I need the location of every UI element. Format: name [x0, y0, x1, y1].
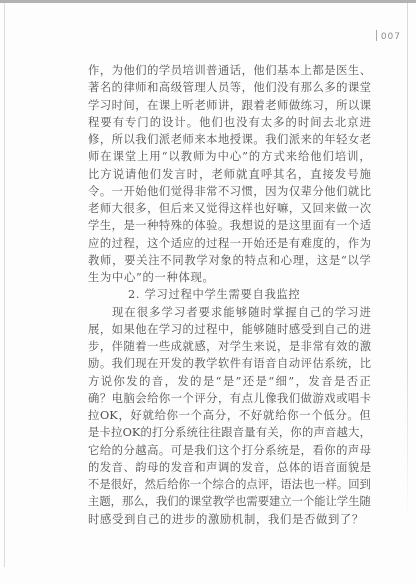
- text-line: 程要有专门的设计。他们也没有太多的时间去北京进: [88, 114, 371, 131]
- text-line: 令。一开始他们觉得非常不习惯，因为仅辈分他们就比: [88, 183, 371, 200]
- text-line: 作，为他们的学员培训普通话，他们基本上都是医生、: [88, 62, 371, 79]
- section-heading: 2. 学习过程中学生需要自我监控: [88, 286, 371, 303]
- text-line: 现在很多学习者要求能够随时掌握自己的学习进: [88, 304, 371, 321]
- text-line: 它给的分越高。可是我们这个打分系统是，看你的声母: [88, 442, 371, 459]
- page-right-edge-line: [407, 3, 408, 523]
- text-line: 主题，那么，我们的课堂教学也需要建立一个能让学生随: [88, 493, 371, 510]
- page-number-divider: [376, 30, 377, 41]
- text-line: 比方说请他们发言时，老师就直呼其名，直接发号施: [88, 166, 371, 183]
- text-line: 修，所以我们派老师来本地授课。我们派来的年轻女老: [88, 131, 371, 148]
- book-page: 007 作，为他们的学员培训普通话，他们基本上都是医生、著名的律师和高级管理人员…: [0, 0, 416, 584]
- text-line: 不是很好，然后给你一个综合的点评，语法也一样。回到: [88, 476, 371, 493]
- text-line: 的发音、韵母的发音和声调的发音，总体的语音面貌是: [88, 459, 371, 476]
- text-line: 是卡拉OK的打分系统往往跟音量有关，你的声音越大，: [88, 424, 371, 441]
- text-line: 学习时间，在课上听老师讲，跟着老师做练习，所以课: [88, 97, 371, 114]
- text-line: 方说你发的音，发的是“是”还是“细”，发音是否正: [88, 373, 371, 390]
- text-line: 学生，是一种特殊的体验。我想说的是这里面有一个适: [88, 217, 371, 234]
- page-number-text: 007: [381, 32, 401, 42]
- text-line: 确？电脑会给你一个评分，有点儿像我们做游戏或唱卡: [88, 390, 371, 407]
- text-line: 著名的律师和高级管理人员等，他们没有那么多的课堂: [88, 79, 371, 96]
- text-line: 老师大很多，但后来又觉得这样也好嘛，又回来做一次: [88, 200, 371, 217]
- text-block: 作，为他们的学员培训普通话，他们基本上都是医生、著名的律师和高级管理人员等，他们…: [88, 62, 371, 528]
- text-line: 时感受到自己的进步的激励机制，我们是否做到了？: [88, 511, 371, 528]
- text-line: 步，伴随着一些成就感，对学生来说，是非常有效的激: [88, 338, 371, 355]
- page-number: 007: [376, 30, 401, 43]
- text-line: 生为中心”的一种体现。: [88, 269, 371, 286]
- text-line: 励。我们现在开发的教学软件有语音自动评估系统，比: [88, 355, 371, 372]
- text-line: 拉OK，好就给你一个高分，不好就给你一个低分。但: [88, 407, 371, 424]
- text-line: 展，如果他在学习的过程中，能够随时感受到自己的进: [88, 321, 371, 338]
- page-left-edge-line: [4, 3, 5, 567]
- text-line: 师在课堂上用“以教师为中心”的方式来给他们培训，: [88, 148, 371, 165]
- text-line: 教师，要关注不同教学对象的特点和心理，这是“以学: [88, 252, 371, 269]
- text-line: 应的过程，这个适应的过程一开始还是有难度的，作为: [88, 235, 371, 252]
